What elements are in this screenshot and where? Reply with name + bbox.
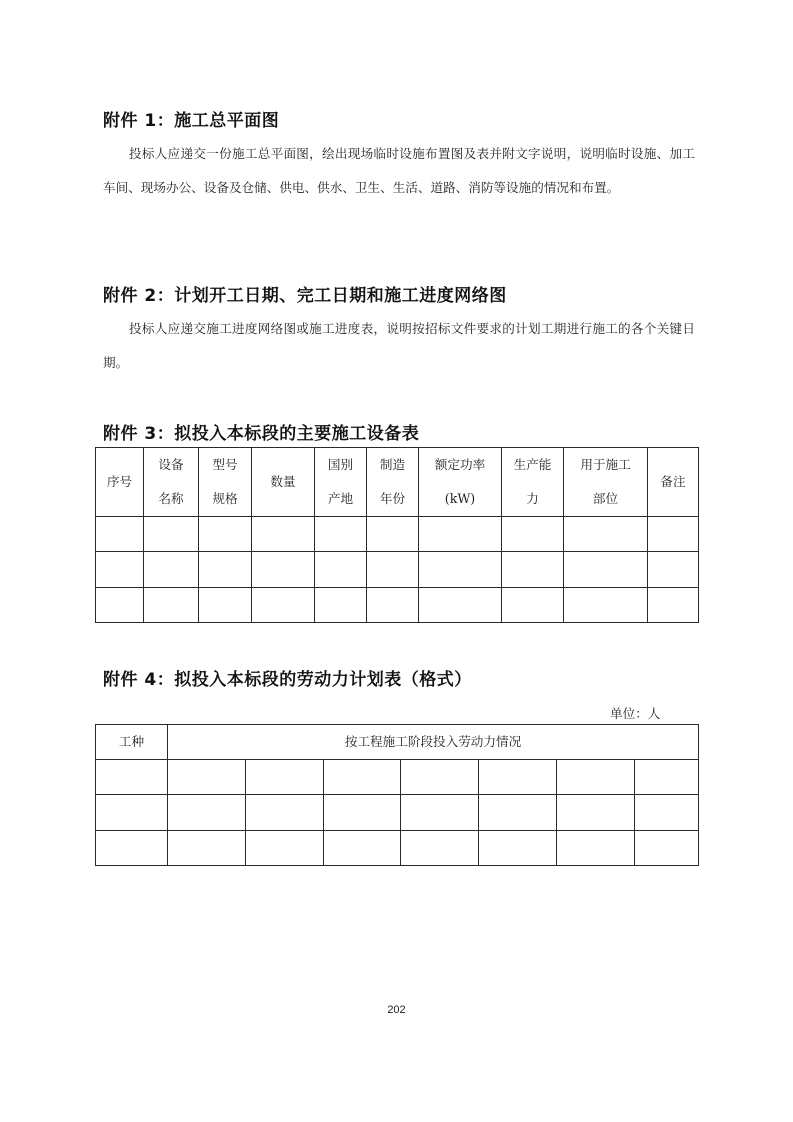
table-cell — [367, 552, 419, 588]
table-cell — [635, 795, 699, 831]
table-cell — [479, 760, 557, 795]
table-cell — [144, 588, 199, 623]
table-cell — [246, 795, 324, 831]
equipment-table: 序号 设备名称 型号规格 数量 国别产地 制造年份 额定功率(kW) 生产能力 … — [95, 447, 699, 623]
table-cell — [648, 588, 699, 623]
equipment-table-header: 序号 设备名称 型号规格 数量 国别产地 制造年份 额定功率(kW) 生产能力 … — [96, 448, 699, 517]
header-cell: 制造年份 — [367, 448, 419, 517]
table-cell — [252, 552, 315, 588]
table-cell — [564, 588, 648, 623]
section-2-body: 投标人应递交施工进度网络图或施工进度表，说明按招标文件要求的计划工期进行施工的各… — [103, 312, 695, 380]
table-cell — [502, 517, 564, 552]
table-cell — [502, 552, 564, 588]
header-cell: 序号 — [96, 448, 144, 517]
labor-table: 工种 按工程施工阶段投入劳动力情况 — [95, 724, 699, 866]
table-cell — [635, 831, 699, 866]
table-cell — [168, 760, 246, 795]
table-cell — [252, 517, 315, 552]
table-cell — [401, 831, 479, 866]
table-cell — [168, 831, 246, 866]
header-cell: 生产能力 — [502, 448, 564, 517]
header-cell: 用于施工部位 — [564, 448, 648, 517]
table-cell — [246, 831, 324, 866]
table-row — [96, 588, 699, 623]
table-cell — [419, 588, 502, 623]
table-cell — [324, 795, 401, 831]
section-1-body: 投标人应递交一份施工总平面图，绘出现场临时设施布置图及表并附文字说明，说明临时设… — [103, 137, 695, 205]
table-cell — [419, 552, 502, 588]
table-cell — [557, 795, 635, 831]
table-cell — [96, 831, 168, 866]
table-cell — [557, 760, 635, 795]
header-cell: 备注 — [648, 448, 699, 517]
table-cell — [199, 517, 252, 552]
table-cell — [246, 760, 324, 795]
table-cell — [315, 517, 367, 552]
table-cell — [315, 588, 367, 623]
table-cell — [96, 517, 144, 552]
table-cell — [401, 760, 479, 795]
table-cell — [324, 760, 401, 795]
unit-label: 单位：人 — [610, 703, 660, 722]
page-number: 202 — [0, 1004, 793, 1016]
labor-table-header: 工种 按工程施工阶段投入劳动力情况 — [96, 725, 699, 760]
table-cell — [324, 831, 401, 866]
table-cell — [168, 795, 246, 831]
table-cell — [315, 552, 367, 588]
table-cell — [144, 552, 199, 588]
table-cell — [635, 760, 699, 795]
table-row — [96, 552, 699, 588]
table-cell — [419, 517, 502, 552]
section-1-title: 附件 1：施工总平面图 — [103, 106, 279, 131]
header-cell: 数量 — [252, 448, 315, 517]
section-2-title: 附件 2：计划开工日期、完工日期和施工进度网络图 — [103, 281, 507, 306]
table-cell — [401, 795, 479, 831]
header-cell-trade: 工种 — [96, 725, 168, 760]
table-cell — [96, 760, 168, 795]
table-cell — [96, 795, 168, 831]
section-4-title: 附件 4：拟投入本标段的劳动力计划表（格式） — [103, 665, 472, 690]
table-cell — [199, 552, 252, 588]
header-cell-labor-by-stage: 按工程施工阶段投入劳动力情况 — [168, 725, 699, 760]
table-cell — [199, 588, 252, 623]
table-cell — [564, 552, 648, 588]
header-cell: 国别产地 — [315, 448, 367, 517]
table-cell — [367, 588, 419, 623]
table-cell — [252, 588, 315, 623]
table-row — [96, 760, 699, 795]
table-cell — [367, 517, 419, 552]
table-cell — [96, 552, 144, 588]
section-3-title: 附件 3：拟投入本标段的主要施工设备表 — [103, 419, 419, 444]
table-cell — [144, 517, 199, 552]
table-cell — [96, 588, 144, 623]
table-row — [96, 795, 699, 831]
table-cell — [479, 795, 557, 831]
table-cell — [479, 831, 557, 866]
table-cell — [648, 517, 699, 552]
table-cell — [502, 588, 564, 623]
header-cell: 额定功率(kW) — [419, 448, 502, 517]
table-cell — [648, 552, 699, 588]
table-cell — [564, 517, 648, 552]
table-cell — [557, 831, 635, 866]
table-row — [96, 517, 699, 552]
table-row — [96, 831, 699, 866]
header-cell: 设备名称 — [144, 448, 199, 517]
header-cell: 型号规格 — [199, 448, 252, 517]
